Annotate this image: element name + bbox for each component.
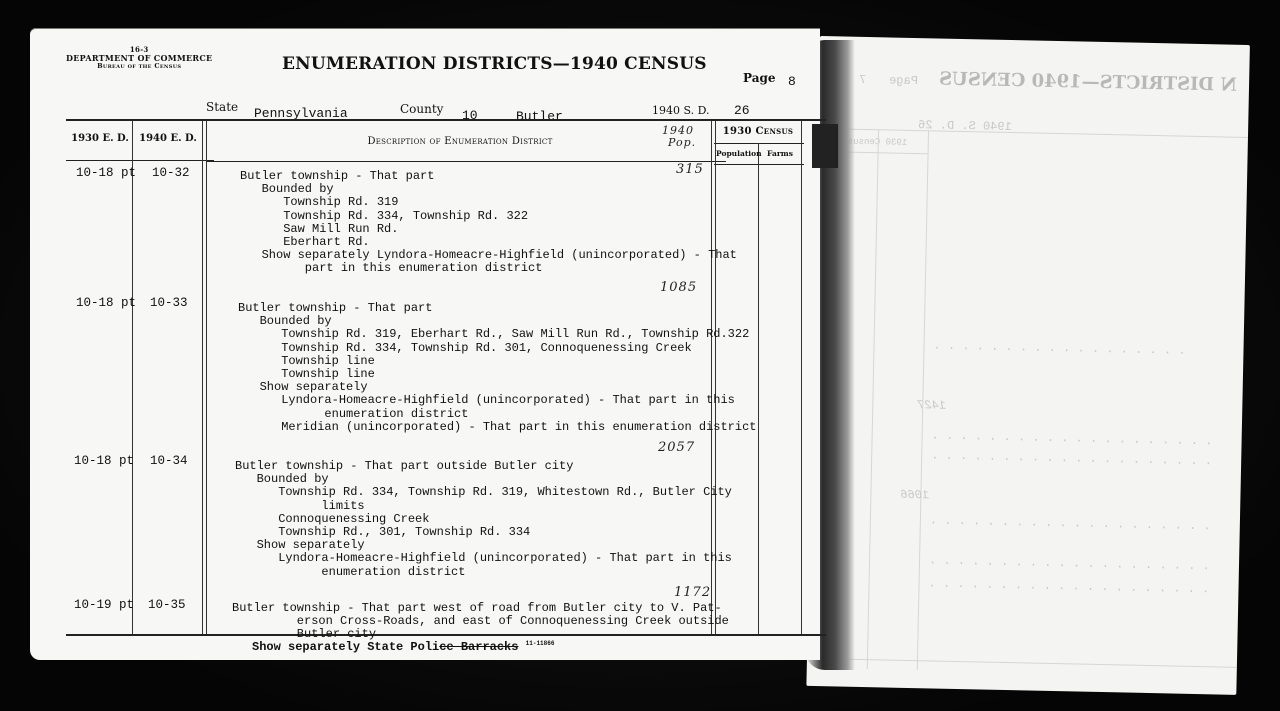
district-description: Butler township - That part west of road… (232, 602, 729, 642)
census-page: 16-3 DEPARTMENT OF COMMERCE Bureau of th… (30, 28, 820, 660)
facing-page-title: N DISTRICTS—1940 CENSUS (939, 69, 1237, 96)
page-title: ENUMERATION DISTRICTS—1940 CENSUS (282, 54, 707, 74)
page-number: 8 (788, 74, 796, 89)
column-header-1930-ed: 1930 E. D. (70, 133, 130, 144)
column-divider (132, 121, 133, 634)
column-divider (202, 121, 207, 634)
county-name: Butler (516, 109, 563, 124)
district-description: Butler township - That part Bounded by T… (240, 170, 737, 276)
column-divider (801, 121, 802, 634)
column-header-population: Population (716, 149, 758, 158)
department-name: DEPARTMENT OF COMMERCE (66, 54, 212, 62)
bureau-name: Bureau of the Census (66, 62, 212, 70)
facing-page: N DISTRICTS—1940 CENSUS 7 Page 1940 S. D… (806, 36, 1250, 695)
state-label: State (206, 100, 238, 114)
facing-page-hand-value: 1427 (917, 398, 946, 413)
handwritten-population: 1085 (660, 280, 697, 295)
print-code: 11-11866 (526, 640, 555, 647)
header-bottom-rule (66, 160, 214, 161)
ed-1930-cell: 10-18 pt (76, 296, 136, 310)
ed-1940-cell: 10-32 (152, 166, 190, 180)
sd-label: 1940 S. D. (652, 104, 710, 117)
district-description: Butler township - That part outside Butl… (235, 460, 732, 579)
handwritten-population: 1172 (674, 585, 711, 600)
blacked-out-column-header (812, 124, 838, 168)
page-label: Page (743, 71, 776, 85)
column-header-1930-census: 1930 Census (716, 126, 800, 137)
ed-1930-cell: 10-19 pt (74, 598, 134, 612)
handwritten-population: 2057 (658, 440, 695, 455)
census-subheader-rule (714, 143, 804, 144)
header-bottom-rule (206, 161, 726, 162)
header-bottom-rule (714, 164, 804, 165)
county-label: County (400, 102, 443, 116)
handwritten-pop-header: Pop. (668, 136, 696, 149)
column-header-1940-ed: 1940 E. D. (138, 133, 198, 144)
facing-page-col-line (867, 129, 879, 669)
column-divider (758, 143, 759, 634)
ed-1940-cell: 10-35 (148, 598, 186, 612)
ed-1940-cell: 10-33 (150, 296, 188, 310)
footer-note-struck-text: ce Barracks (439, 640, 518, 654)
department-header: 16-3 DEPARTMENT OF COMMERCE Bureau of th… (66, 46, 212, 70)
ed-1930-cell: 10-18 pt (74, 454, 134, 468)
ed-1940-cell: 10-34 (150, 454, 188, 468)
facing-page-hand-value: 1066 (900, 488, 929, 503)
footer-note-text: Show separately State Poli (252, 640, 439, 654)
facing-page-number: 7 (859, 73, 866, 87)
facing-page-page-label: Page (889, 73, 918, 88)
ed-1930-cell: 10-18 pt (76, 166, 136, 180)
handwritten-population: 315 (676, 162, 704, 177)
sd-value: 26 (734, 103, 750, 118)
footer-note: Show separately State Police Barracks 11… (252, 640, 554, 654)
district-description: Butler township - That part Bounded by T… (238, 302, 756, 434)
column-header-description: Description of Enumeration District (330, 136, 590, 147)
column-header-farms: Farms (760, 149, 800, 158)
facing-page-bottom-rule (807, 658, 1237, 668)
